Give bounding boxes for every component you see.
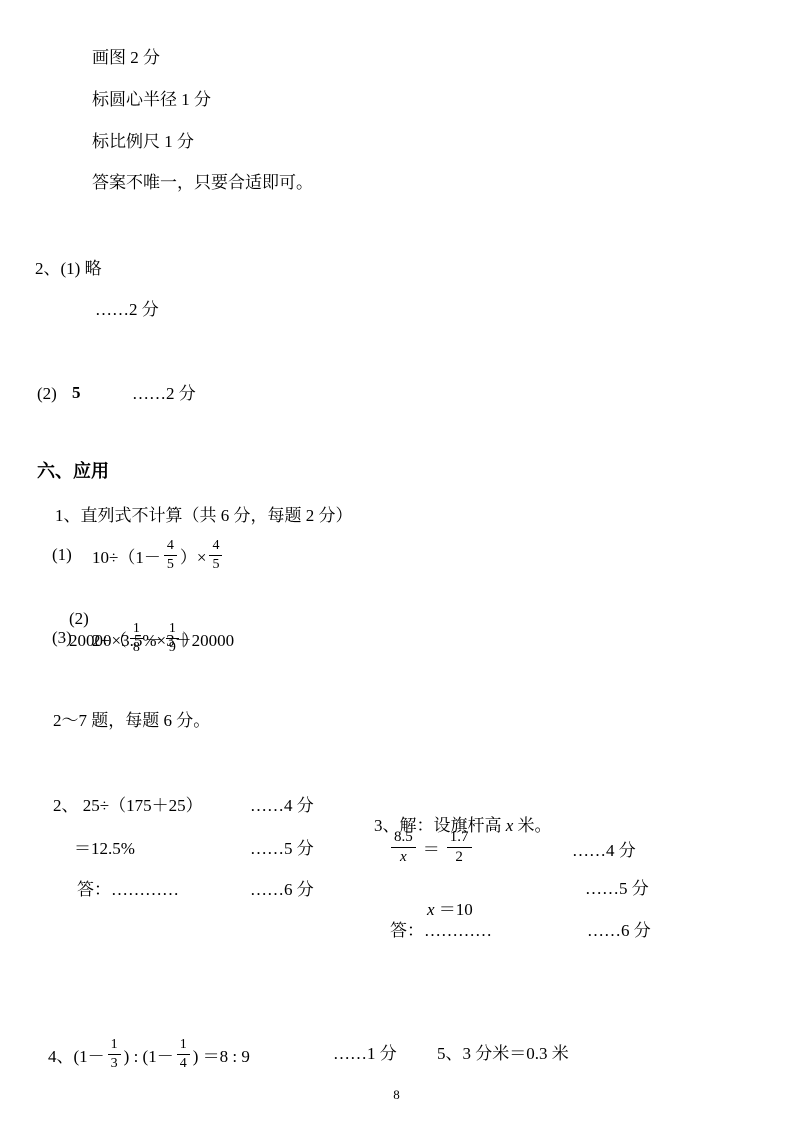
q3-line2-variable: x (427, 900, 435, 919)
scoring-note-line: 答案不唯一，只要合适即可。 (92, 172, 313, 193)
fraction: 1 8 (130, 621, 143, 655)
fraction-denominator: 9 (169, 639, 176, 655)
q2-score3: ……6 分 (250, 879, 314, 900)
q2-item2-label: (2) (37, 383, 57, 404)
expression-text: 10÷（1－ (92, 543, 161, 568)
fraction-denominator: 3 (111, 1055, 118, 1071)
fraction-numerator: 1 (166, 621, 179, 638)
q3-line3: 答：………… (390, 920, 492, 941)
q3-score2: ……5 分 (585, 878, 649, 899)
q5-line: 5、3 分米＝0.3 米 (437, 1043, 569, 1064)
item-label: (1) (52, 545, 92, 565)
q3-score1: ……4 分 (572, 840, 636, 861)
fraction-numerator: 1 (130, 621, 143, 638)
expression-text: ）× (180, 543, 207, 568)
fraction-numerator: 4 (164, 538, 177, 555)
fraction-numerator: 1 (177, 1037, 190, 1054)
fraction: 1 4 (177, 1037, 190, 1071)
q1-item-3: (3) 2÷（ 1 8 － 1 9 ） (52, 615, 199, 661)
fraction-denominator: 8 (133, 639, 140, 655)
expression-text: － (146, 626, 163, 651)
q1-item-1: (1) 10÷（1－ 4 5 ）× 4 5 (52, 533, 225, 577)
fraction: 1 3 (108, 1037, 121, 1071)
q2-item1-score: ……2 分 (95, 299, 159, 320)
q2-line1: 2、 25÷（175＋25） (53, 795, 203, 816)
expression-text: 4、(1－ (48, 1042, 105, 1067)
q4-score: ……1 分 (333, 1043, 397, 1064)
q3-score3: ……6 分 (587, 920, 651, 941)
fraction-numerator: 8.5 (391, 829, 416, 848)
fraction: 4 5 (209, 538, 222, 572)
equals-sign: ＝ (423, 835, 440, 860)
expression-text: 2÷（ (92, 626, 127, 651)
fraction-denominator: 2 (455, 848, 463, 866)
fraction-denominator: 5 (167, 556, 174, 572)
fraction-denominator: x (400, 848, 407, 866)
fraction-denominator: 4 (180, 1055, 187, 1071)
fraction: 4 5 (164, 538, 177, 572)
expression-text: ) ＝8 : 9 (193, 1042, 250, 1067)
scoring-note-line: 标比例尺 1 分 (92, 131, 194, 152)
fraction: 1 9 (166, 621, 179, 655)
q1-title: 1、直列式不计算（共 6 分，每题 2 分） (55, 505, 353, 526)
q2-item2-score: ……2 分 (132, 383, 196, 404)
q3-line2-rest: ＝10 (435, 900, 473, 919)
q2-line3: 答：………… (77, 879, 179, 900)
q2-line2: ＝12.5% (74, 838, 135, 859)
q2-score1: ……4 分 (250, 795, 314, 816)
fraction-numerator: 4 (209, 538, 222, 555)
note-2-to-7: 2～7 题，每题 6 分。 (53, 710, 210, 731)
fraction-numerator: 1.7 (447, 829, 472, 848)
section6-heading: 六、应用 (37, 460, 109, 483)
q4-line: 4、(1－ 1 3 ) : (1－ 1 4 ) ＝8 : 9 (48, 1031, 250, 1077)
q3-equation: 8.5 x ＝ 1.7 2 (388, 826, 475, 868)
q3-title-post: 米。 (513, 816, 551, 835)
fraction: 1.7 2 (447, 829, 472, 865)
q2-score2: ……5 分 (250, 838, 314, 859)
scoring-note-line: 标圆心半径 1 分 (92, 89, 211, 110)
q2-item1-line: 2、(1) 略 (35, 258, 102, 279)
expression-text: ） (182, 626, 199, 651)
fraction: 8.5 x (391, 829, 416, 865)
scoring-note-line: 画图 2 分 (92, 47, 160, 68)
document-page: 画图 2 分 标圆心半径 1 分 标比例尺 1 分 答案不唯一，只要合适即可。 … (0, 0, 793, 1122)
fraction-denominator: 5 (212, 556, 219, 572)
item-label: (3) (52, 628, 92, 648)
q2-item2-answer: 5 (72, 382, 81, 403)
page-number: 8 (0, 1087, 793, 1103)
fraction-numerator: 1 (108, 1037, 121, 1054)
expression-text: ) : (1－ (124, 1042, 174, 1067)
